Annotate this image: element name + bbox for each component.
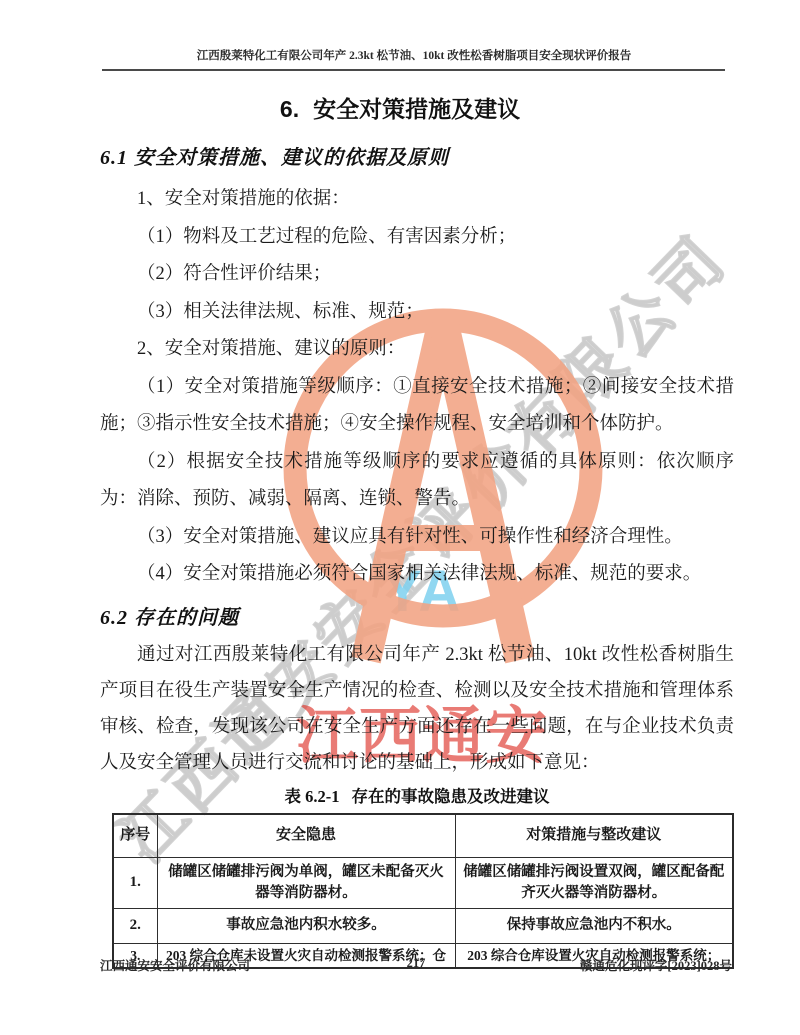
- section-6-1-heading: 6.1 安全对策措施、建议的依据及原则: [100, 141, 734, 170]
- footer-company: 江西通安安全评价有限公司: [100, 956, 250, 974]
- column-header-measure: 对策措施与整改建议: [455, 814, 733, 858]
- row-index-cell: 1.: [113, 857, 157, 908]
- table-row: 2. 事故应急池内积水较多。 保持事故应急池内不积水。: [113, 908, 733, 943]
- chapter-title-text: 安全对策措施及建议: [313, 96, 520, 122]
- body-paragraph: 2、安全对策措施、建议的原则：: [100, 331, 734, 369]
- column-header-index: 序号: [113, 814, 157, 858]
- section-6-2-heading: 6.2 存在的问题: [100, 601, 734, 630]
- chapter-number: 6.: [280, 96, 299, 122]
- measure-cell: 储罐区储罐排污阀设置双阀，罐区配备配齐灭火器等消防器材。: [455, 857, 733, 908]
- body-paragraph: （4）安全对策措施必须符合国家相关法律法规、标准、规范的要求。: [100, 556, 734, 594]
- footer-doc-number: 赣通危化现评字[2023]028号: [580, 956, 732, 974]
- hazard-cell: 事故应急池内积水较多。: [157, 908, 455, 943]
- chapter-title: 6.安全对策措施及建议: [0, 91, 800, 124]
- table-caption: 表 6.2-1存在的事故隐患及改进建议: [100, 783, 734, 807]
- report-title: 江西殷莱特化工有限公司年产 2.3kt 松节油、10kt 改性松香树脂项目安全现…: [102, 47, 726, 63]
- document-content: 江西殷莱特化工有限公司年产 2.3kt 松节油、10kt 改性松香树脂项目安全现…: [0, 0, 800, 1035]
- column-header-hazard: 安全隐患: [157, 814, 455, 858]
- body-column: 6.1 安全对策措施、建议的依据及原则 1、安全对策措施的依据： （1）物料及工…: [100, 141, 734, 969]
- table-header-row: 序号 安全隐患 对策措施与整改建议: [113, 814, 733, 858]
- table-caption-title: 存在的事故隐患及改进建议: [352, 787, 550, 806]
- body-paragraph: （3）相关法律法规、标准、规范；: [100, 294, 734, 332]
- table-row: 1. 储罐区储罐排污阀为单阀，罐区未配备灭火器等消防器材。 储罐区储罐排污阀设置…: [113, 857, 733, 908]
- page-number: 217: [407, 956, 426, 971]
- table-caption-label: 表 6.2-1: [285, 787, 340, 806]
- hazard-table: 序号 安全隐患 对策措施与整改建议 1. 储罐区储罐排污阀为单阀，罐区未配备灭火…: [112, 813, 734, 969]
- measure-cell: 保持事故应急池内不积水。: [455, 908, 733, 943]
- body-paragraph: （1）安全对策措施等级顺序：①直接安全技术措施；②间接安全技术措施；③指示性安全…: [100, 369, 734, 444]
- body-paragraph: 通过对江西殷莱特化工有限公司年产 2.3kt 松节油、10kt 改性松香树脂生产…: [100, 637, 734, 781]
- row-index-cell: 2.: [113, 908, 157, 943]
- body-paragraph: （1）物料及工艺过程的危险、有害因素分析；: [100, 219, 734, 257]
- body-paragraph: （2）符合性评价结果；: [100, 256, 734, 294]
- body-paragraph: 1、安全对策措施的依据：: [100, 181, 734, 219]
- body-paragraph: （2）根据安全技术措施等级顺序的要求应遵循的具体原则：依次顺序为：消除、预防、减…: [100, 444, 734, 519]
- body-paragraph: （3）安全对策措施、建议应具有针对性、可操作性和经济合理性。: [100, 519, 734, 557]
- hazard-cell: 储罐区储罐排污阀为单阀，罐区未配备灭火器等消防器材。: [157, 857, 455, 908]
- header-divider: [102, 69, 725, 71]
- report-page: 江西通安安全评价有限公司 YA 江西通安 江西殷莱特化工有限公司年产 2.3kt…: [0, 0, 800, 1035]
